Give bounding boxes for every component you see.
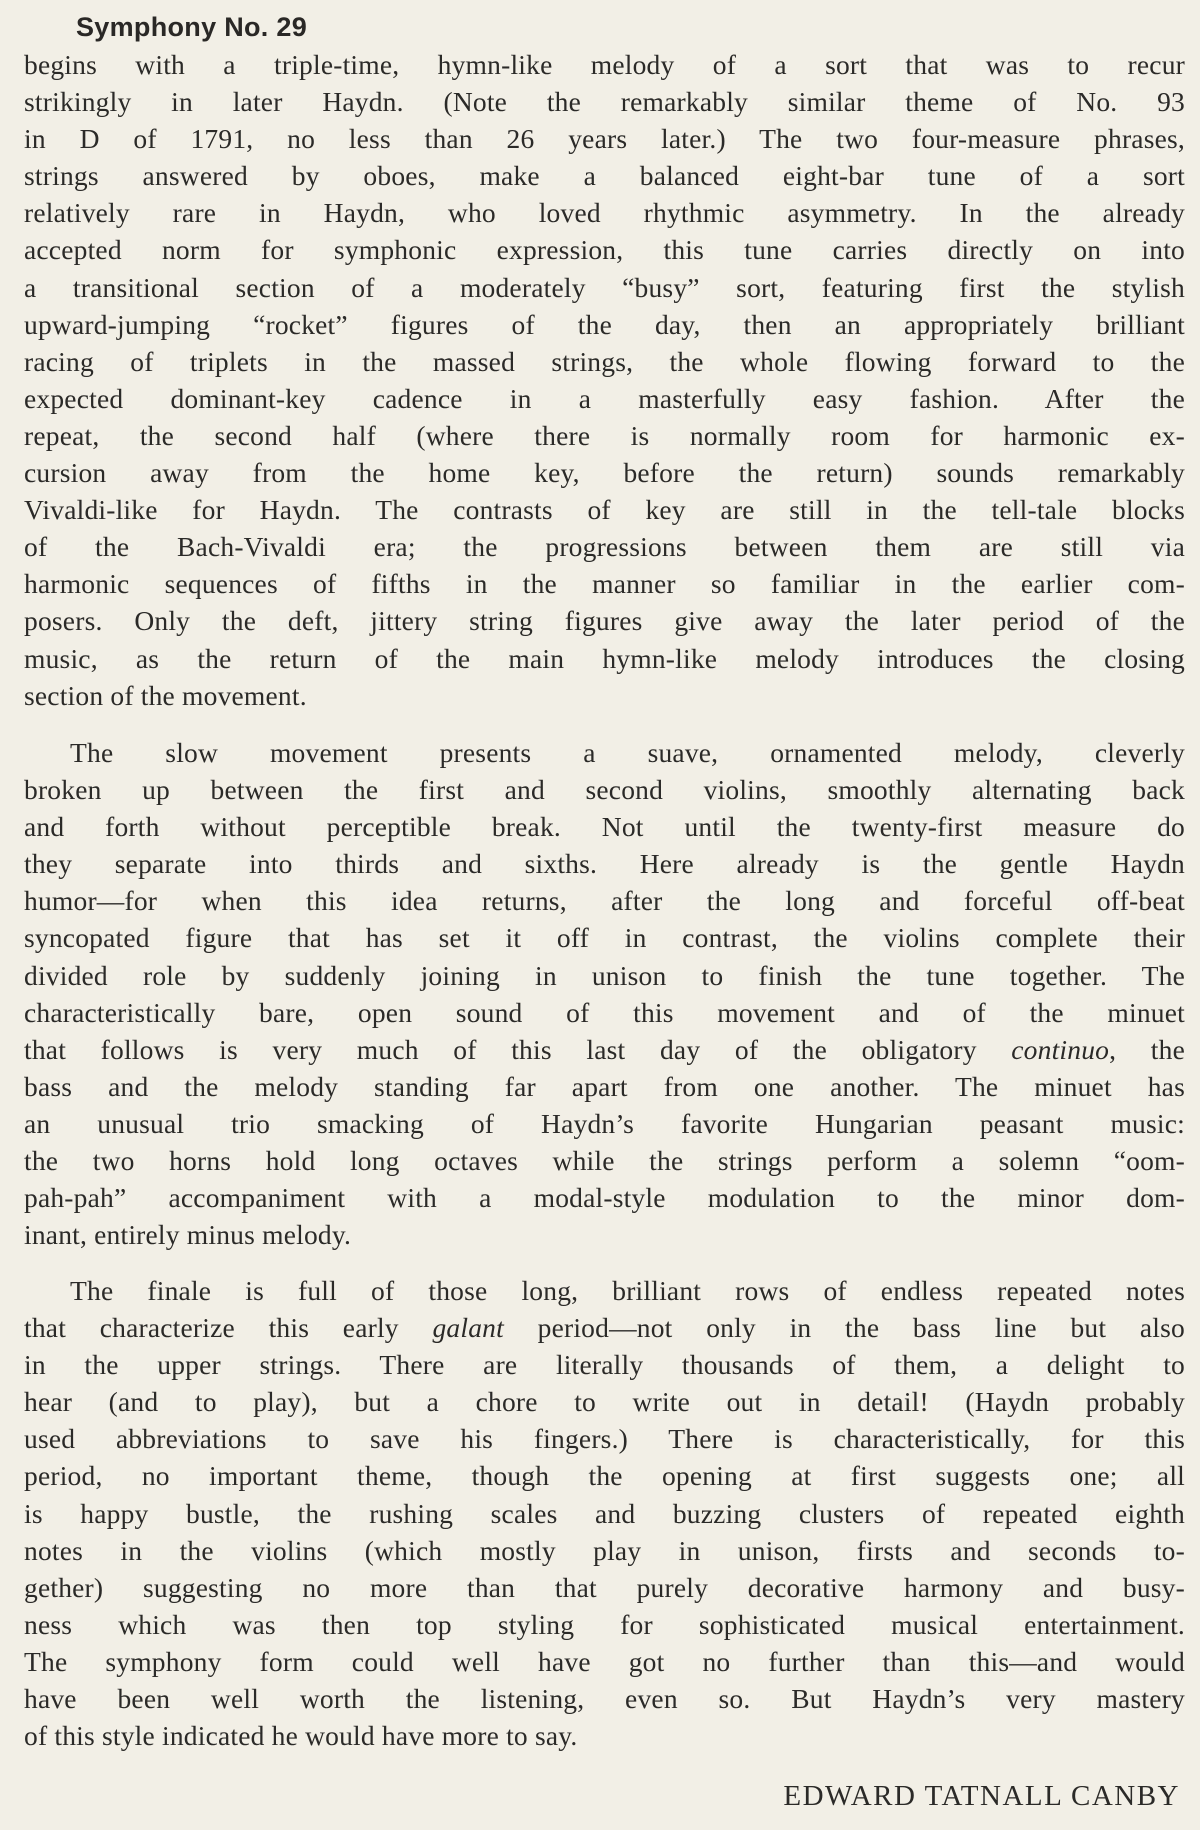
- text-line: have been well worth the listening, even…: [24, 1680, 1185, 1717]
- text-line: is happy bustle, the rushing scales and …: [24, 1495, 1185, 1532]
- text-segment: period—not only in the bass line but als…: [504, 1312, 1185, 1343]
- text-line: upward-jumping “rocket” figures of the d…: [24, 306, 1185, 343]
- text-line: characteristically bare, open sound of t…: [24, 994, 1185, 1031]
- text-line: of the Bach-Vivaldi era; the progression…: [24, 528, 1185, 565]
- document-page: Symphony No. 29 begins with a triple-tim…: [0, 0, 1200, 1830]
- text-line: accepted norm for symphonic expression, …: [24, 231, 1185, 268]
- text-line: gether) suggesting no more than that pur…: [24, 1569, 1185, 1606]
- text-line: cursion away from the home key, before t…: [24, 454, 1185, 491]
- text-line: The slow movement presents a suave, orna…: [24, 734, 1185, 771]
- text-line: an unusual trio smacking of Haydn’s favo…: [24, 1105, 1185, 1142]
- text-line: harmonic sequences of fifths in the mann…: [24, 565, 1185, 602]
- text-line: notes in the violins (which mostly play …: [24, 1532, 1185, 1569]
- text-line: syncopated figure that has set it off in…: [24, 919, 1185, 956]
- text-line: used abbreviations to save his fingers.)…: [24, 1420, 1185, 1457]
- text-line-with-italic: that characterize this early galant peri…: [24, 1309, 1185, 1346]
- text-line: strings answered by oboes, make a balanc…: [24, 157, 1185, 194]
- italic-term: galant: [432, 1312, 503, 1343]
- text-line: section of the movement.: [24, 677, 1185, 714]
- paragraph-first-movement: begins with a triple-time, hymn-like mel…: [24, 46, 1185, 714]
- text-line: begins with a triple-time, hymn-like mel…: [24, 46, 1185, 83]
- paragraph-slow-movement: The slow movement presents a suave, orna…: [24, 734, 1185, 1253]
- text-line: repeat, the second half (where there is …: [24, 417, 1185, 454]
- text-line: The finale is full of those long, brilli…: [24, 1272, 1185, 1309]
- text-line: divided role by suddenly joining in unis…: [24, 957, 1185, 994]
- text-segment: that follows is very much of this last d…: [24, 1034, 1011, 1065]
- text-line: The symphony form could well have got no…: [24, 1643, 1185, 1680]
- text-line: racing of triplets in the massed strings…: [24, 343, 1185, 380]
- text-line: in D of 1791, no less than 26 years late…: [24, 120, 1185, 157]
- text-line: the two horns hold long octaves while th…: [24, 1142, 1185, 1179]
- text-line: hear (and to play), but a chore to write…: [24, 1383, 1185, 1420]
- italic-term: continuo: [1011, 1034, 1109, 1065]
- text-line: of this style indicated he would have mo…: [24, 1717, 1185, 1754]
- text-line: broken up between the first and second v…: [24, 771, 1185, 808]
- text-line-with-italic: that follows is very much of this last d…: [24, 1031, 1185, 1068]
- text-line: and forth without perceptible break. Not…: [24, 808, 1185, 845]
- text-line: pah-pah” accompaniment with a modal-styl…: [24, 1179, 1185, 1216]
- text-line: inant, entirely minus melody.: [24, 1216, 1185, 1253]
- paragraph-finale: The finale is full of those long, brilli…: [24, 1272, 1185, 1754]
- text-line: they separate into thirds and sixths. He…: [24, 845, 1185, 882]
- text-line: humor—for when this idea returns, after …: [24, 882, 1185, 919]
- text-line: posers. Only the deft, jittery string fi…: [24, 602, 1185, 639]
- text-line: in the upper strings. There are literall…: [24, 1346, 1185, 1383]
- page-title: Symphony No. 29: [76, 12, 307, 43]
- text-line: a transitional section of a moderately “…: [24, 269, 1185, 306]
- text-line: period, no important theme, though the o…: [24, 1457, 1185, 1494]
- text-line: strikingly in later Haydn. (Note the rem…: [24, 83, 1185, 120]
- text-segment: that characterize this early: [24, 1312, 432, 1343]
- text-line: ness which was then top styling for soph…: [24, 1606, 1185, 1643]
- author-signature: EDWARD TATNALL CANBY: [783, 1780, 1180, 1813]
- text-line: music, as the return of the main hymn-li…: [24, 640, 1185, 677]
- text-line: bass and the melody standing far apart f…: [24, 1068, 1185, 1105]
- text-segment: , the: [1109, 1034, 1185, 1065]
- text-line: Vivaldi-like for Haydn. The contrasts of…: [24, 491, 1185, 528]
- text-line: relatively rare in Haydn, who loved rhyt…: [24, 194, 1185, 231]
- text-line: expected dominant-key cadence in a maste…: [24, 380, 1185, 417]
